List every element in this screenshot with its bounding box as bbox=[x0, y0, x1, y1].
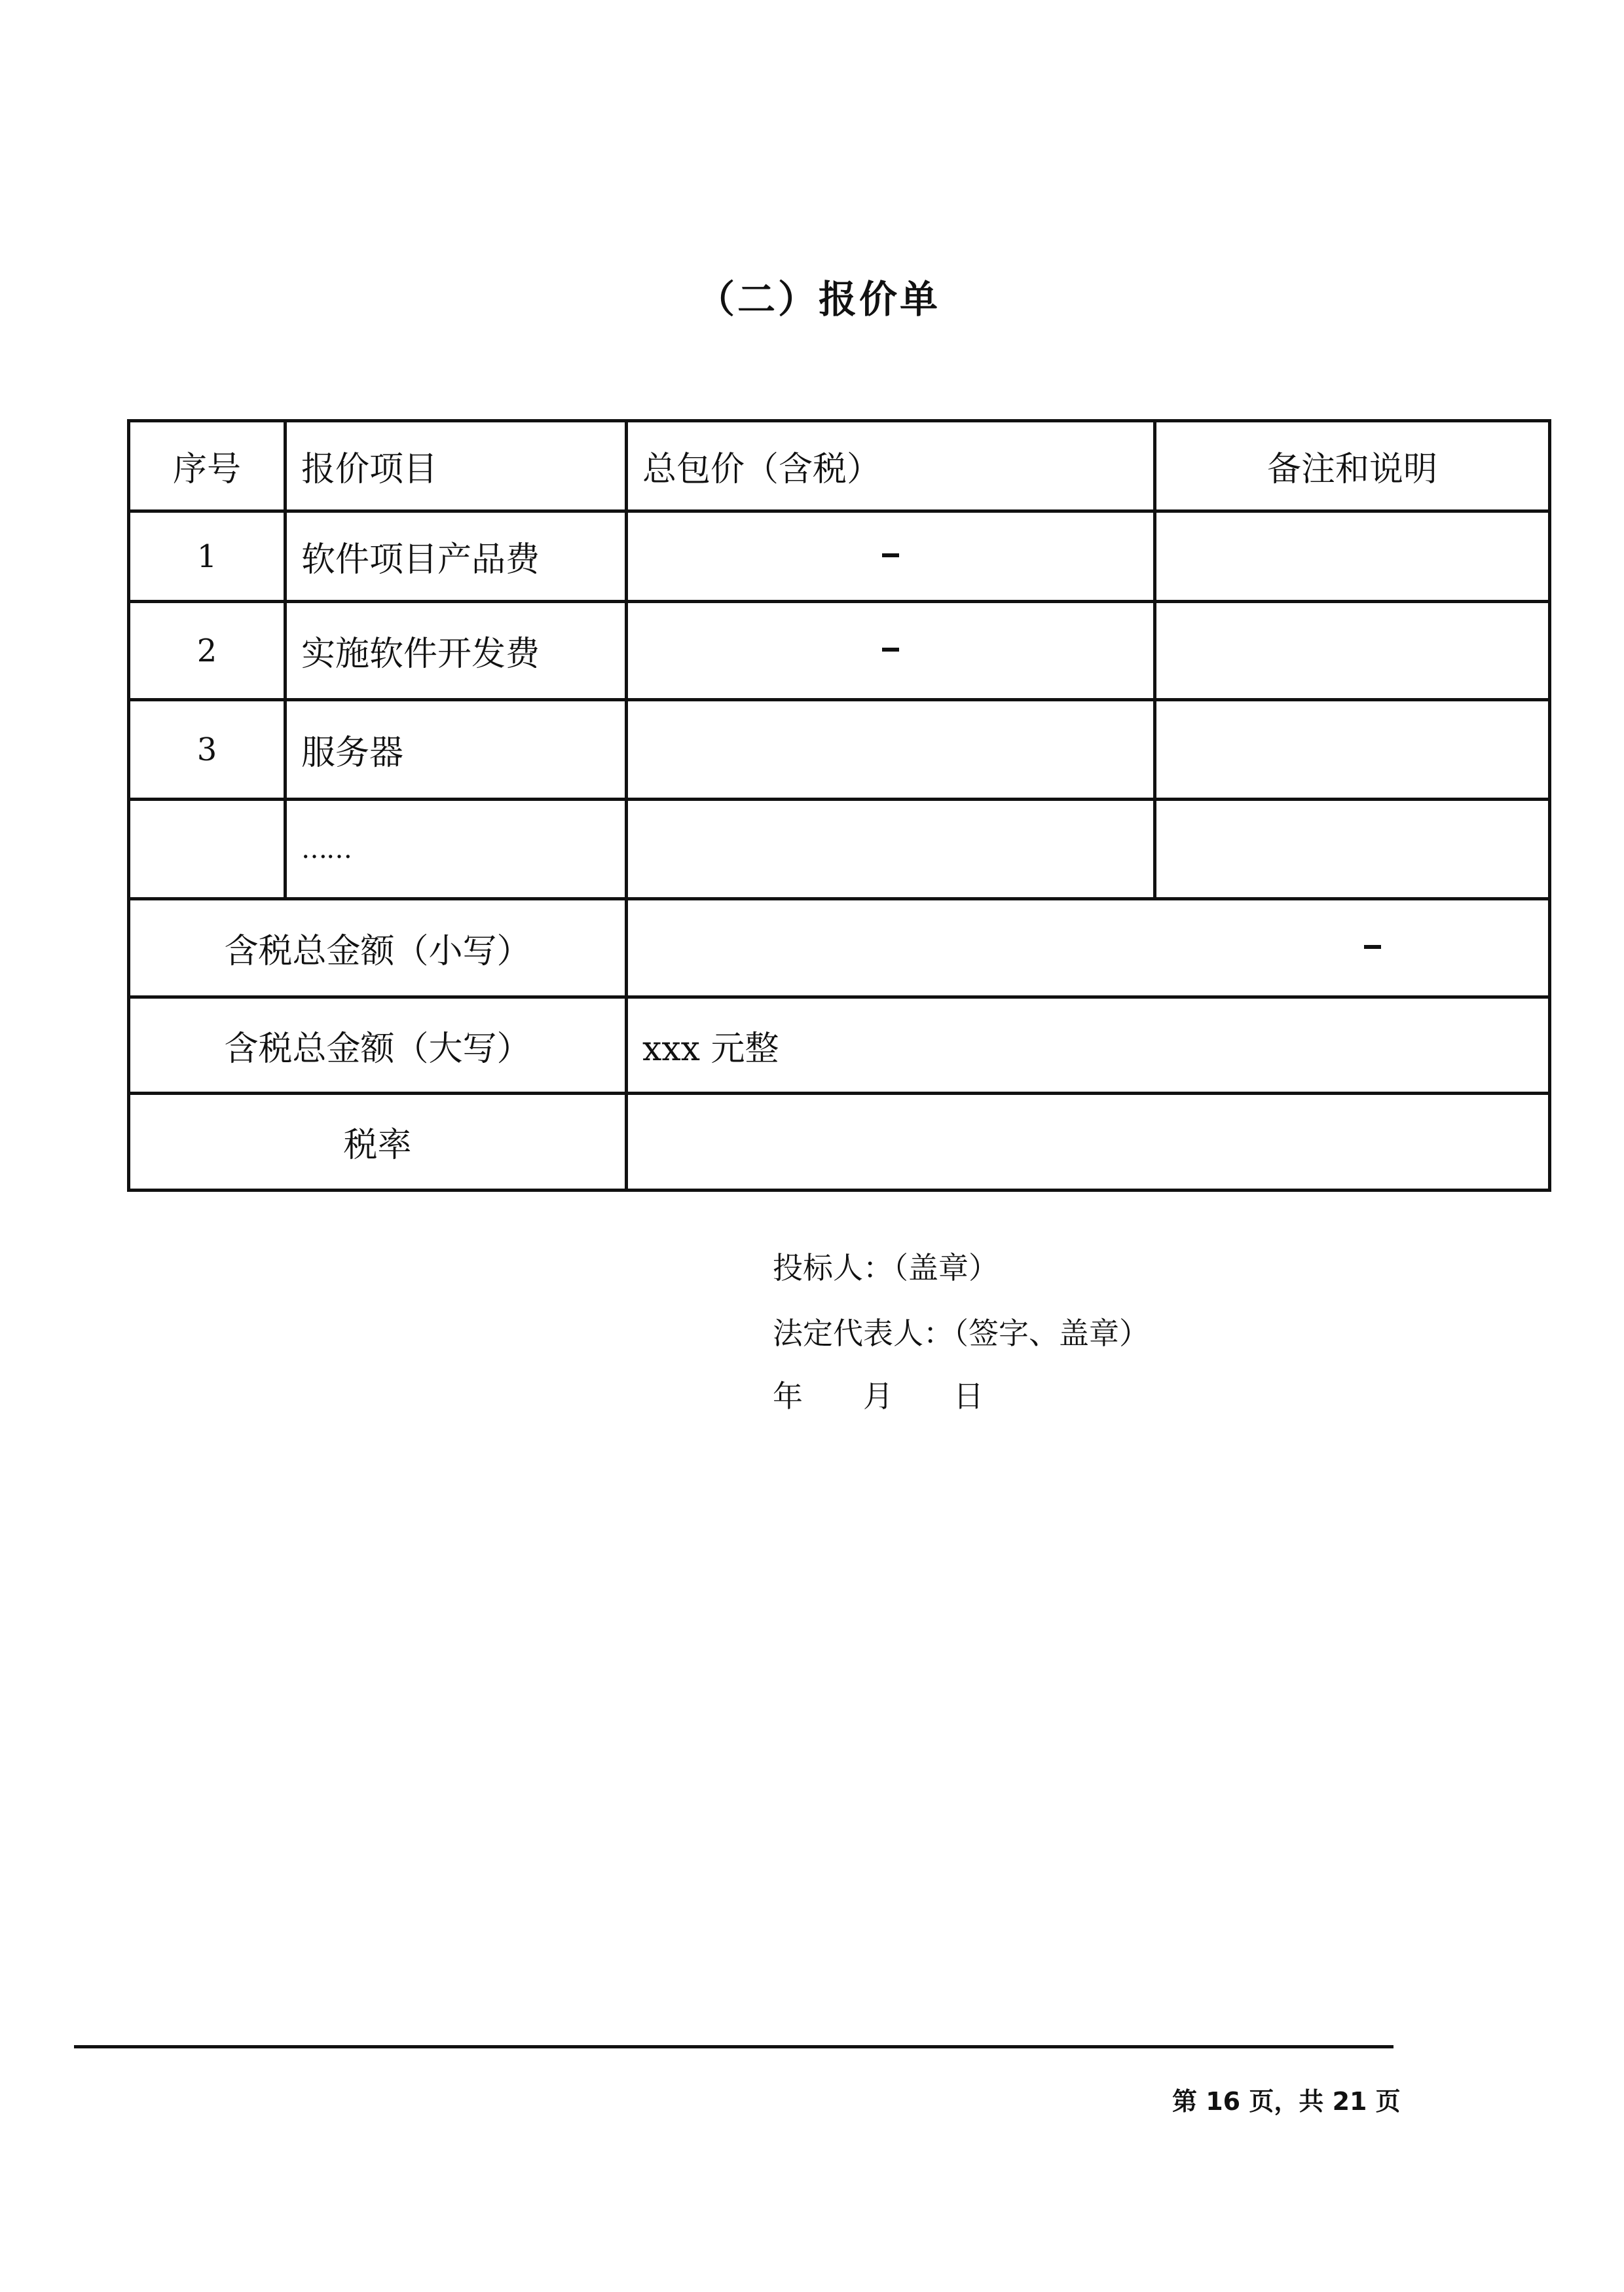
row-index: 1 bbox=[129, 511, 286, 602]
dash-value bbox=[1364, 945, 1381, 949]
quotation-table: 序号 报价项目 总包价（含税） 备注和说明 1 软件项目产品费 2 实施软件开发… bbox=[127, 419, 1551, 1192]
header-index: 序号 bbox=[129, 421, 286, 511]
date-line: 年 月 日 bbox=[773, 1373, 984, 1416]
total-upper-value: xxx 元整 bbox=[627, 997, 1550, 1094]
row-item: 软件项目产品费 bbox=[286, 511, 627, 602]
tax-rate-label: 税率 bbox=[129, 1094, 627, 1191]
row-item: 实施软件开发费 bbox=[286, 602, 627, 700]
legal-rep-signature-line: 法定代表人：（签字、盖章） bbox=[773, 1310, 1149, 1353]
tax-rate-row: 税率 bbox=[129, 1094, 1550, 1191]
tax-rate-value-redacted bbox=[627, 1094, 1550, 1191]
row-total-price bbox=[627, 700, 1155, 800]
total-lower-value bbox=[627, 899, 1550, 997]
bidder-signature-line: 投标人：（盖章） bbox=[773, 1244, 999, 1287]
row-remarks bbox=[1155, 602, 1550, 700]
total-lower-row: 含税总金额（小写） bbox=[129, 899, 1550, 997]
row-index: 3 bbox=[129, 700, 286, 800]
page-title: （二）报价单 bbox=[0, 268, 1624, 323]
row-item: 服务器 bbox=[286, 700, 627, 800]
row-total-price bbox=[627, 800, 1155, 899]
row-index: 2 bbox=[129, 602, 286, 700]
row-total-price bbox=[627, 511, 1155, 602]
total-upper-label: 含税总金额（大写） bbox=[129, 997, 627, 1094]
row-remarks bbox=[1155, 800, 1550, 899]
row-total-price bbox=[627, 602, 1155, 700]
footer-divider bbox=[74, 2045, 1393, 2048]
header-item: 报价项目 bbox=[286, 421, 627, 511]
table-row: 1 软件项目产品费 bbox=[129, 511, 1550, 602]
header-total-price: 总包价（含税） bbox=[627, 421, 1155, 511]
row-index bbox=[129, 800, 286, 899]
dash-value bbox=[882, 553, 899, 557]
table-row: 2 实施软件开发费 bbox=[129, 602, 1550, 700]
table-row: 3 服务器 bbox=[129, 700, 1550, 800]
total-upper-row: 含税总金额（大写） xxx 元整 bbox=[129, 997, 1550, 1094]
row-item-ellipsis: …… bbox=[286, 800, 627, 899]
table-header-row: 序号 报价项目 总包价（含税） 备注和说明 bbox=[129, 421, 1550, 511]
total-lower-label: 含税总金额（小写） bbox=[129, 899, 627, 997]
page-number: 第 16 页，共 21 页 bbox=[1172, 2081, 1401, 2117]
table-row: …… bbox=[129, 800, 1550, 899]
row-remarks bbox=[1155, 700, 1550, 800]
dash-value bbox=[882, 648, 899, 652]
header-remarks: 备注和说明 bbox=[1155, 421, 1550, 511]
row-remarks bbox=[1155, 511, 1550, 602]
